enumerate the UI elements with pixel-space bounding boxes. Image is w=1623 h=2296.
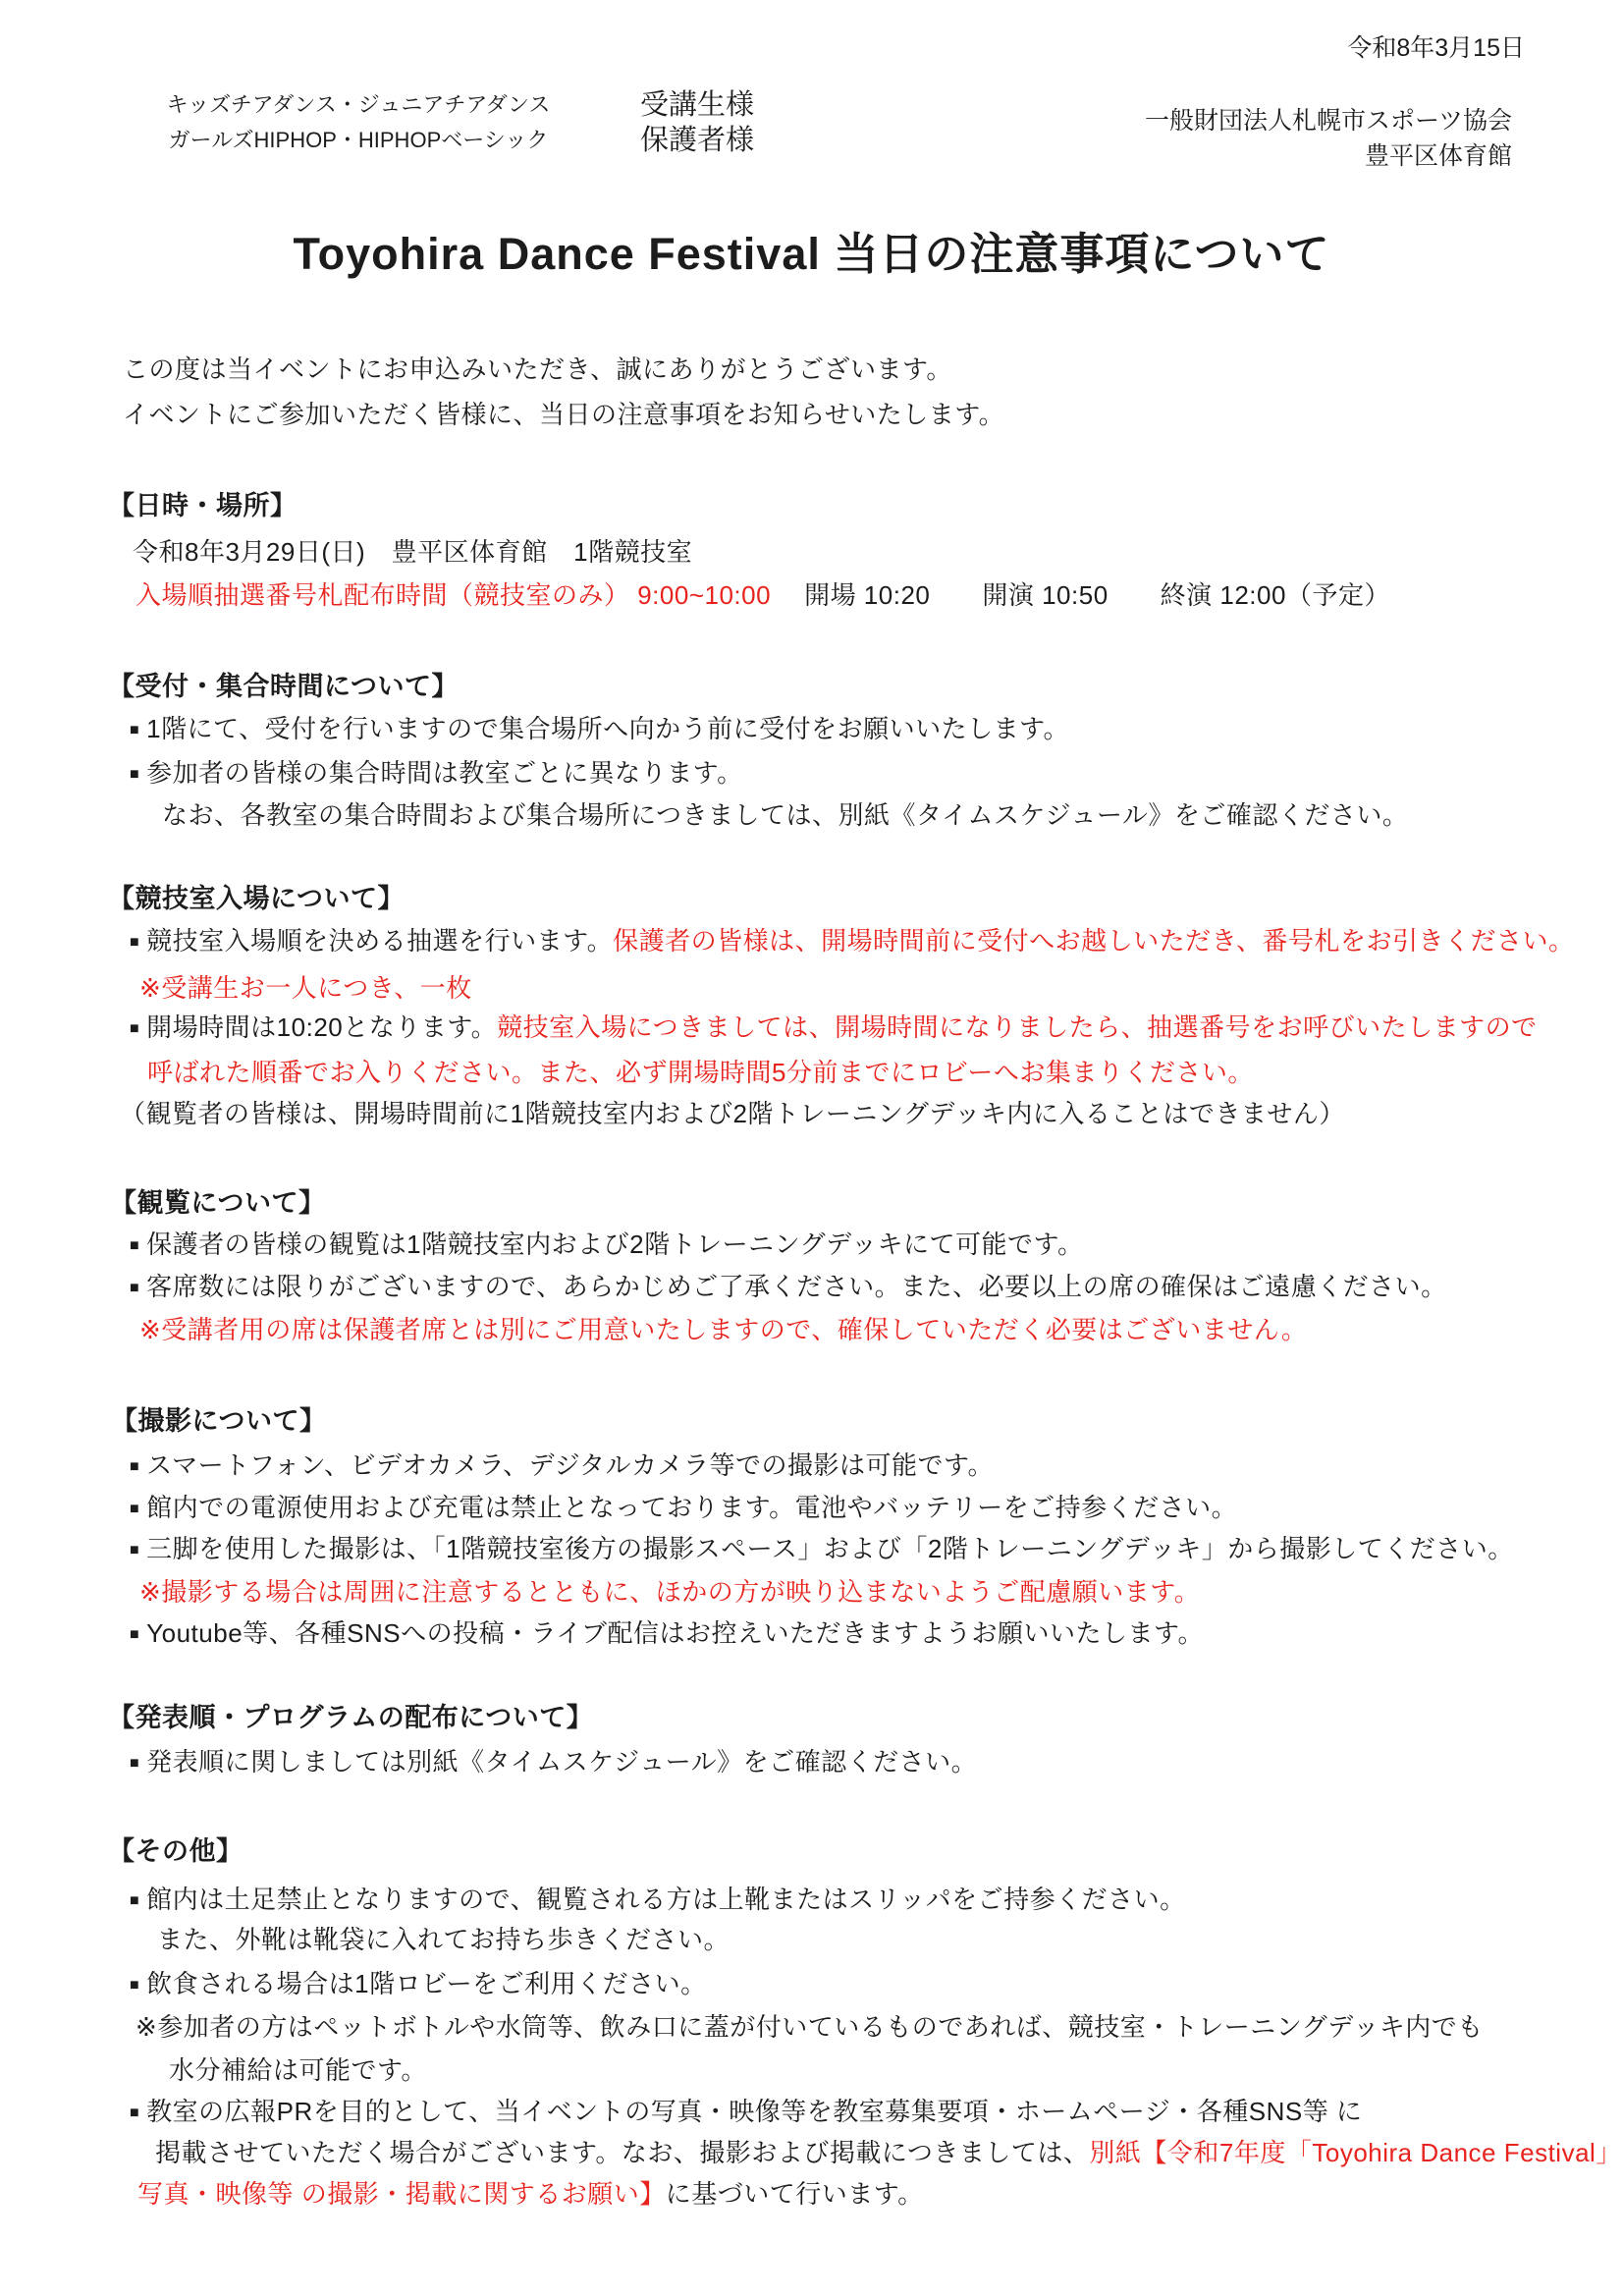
document-page: 令和8年3月15日 キッズチアダンス・ジュニアチアダンス ガールズHIPHOP・… bbox=[0, 0, 1623, 2296]
entry-note-1: ※受講生お一人につき、一枚 bbox=[139, 974, 472, 1004]
bullet-marker: ■ bbox=[130, 1501, 139, 1517]
bullet-marker: ■ bbox=[130, 1020, 139, 1037]
page-title: Toyohira Dance Festival 当日の注意事項について bbox=[0, 218, 1623, 282]
bullet-marker: ■ bbox=[130, 766, 139, 783]
entry-bullet-2-red: 競技室入場につきましては、開場時間になりましたら、抽選番号をお呼びいたしますので bbox=[497, 1012, 1537, 1042]
other-bullet-2-text: 飲食される場合は1階ロビーをご利用ください。 bbox=[146, 1969, 706, 1998]
org-venue: 豊平区体育館 bbox=[1365, 143, 1512, 171]
photo-note-red: ※撮影する場合は周囲に注意するとともに、ほかの方が映り込まないようご配慮願います… bbox=[139, 1578, 1200, 1608]
bullet-marker: ■ bbox=[130, 1458, 139, 1475]
bullet-marker: ■ bbox=[130, 1237, 139, 1254]
reception-bullet-2: ■参加者の皆様の集合時間は教室ごとに異なります。 bbox=[130, 759, 743, 789]
datetime-line: 令和8年3月29日(日) 豊平区体育館 1階競技室 bbox=[133, 538, 692, 568]
intro-line-1: この度は当イベントにお申込みいただき、誠にありがとうございます。 bbox=[123, 355, 952, 385]
ticket-time-black: 開場 10:20 開演 10:50 終演 12:00（予定） bbox=[804, 580, 1390, 610]
viewing-note-red: ※受講者用の席は保護者席とは別にご用意いたしますので、確保していただく必要はござ… bbox=[139, 1316, 1307, 1345]
bullet-marker: ■ bbox=[130, 1626, 139, 1643]
other-bullet-3: ■教室の広報PRを目的として、当イベントの写真・映像等を教室募集要項・ホームペー… bbox=[130, 2098, 1362, 2127]
other-cont-1: また、外靴は靴袋に入れてお持ち歩きください。 bbox=[157, 1926, 730, 1955]
bullet-marker: ■ bbox=[130, 1977, 139, 1994]
doc-date: 令和8年3月15日 bbox=[1347, 35, 1525, 63]
photo-bullet-4-text: Youtube等、各種SNSへの投稿・ライブ配信はお控えいただきますようお願いい… bbox=[146, 1618, 1204, 1648]
section-heading-photo: 【撮影について】 bbox=[111, 1406, 326, 1437]
other-cont-4-black: 掲載させていただく場合がございます。なお、撮影および掲載につきましては、 bbox=[155, 2138, 1089, 2167]
photo-bullet-1: ■スマートフォン、ビデオカメラ、デジタルカメラ等での撮影は可能です。 bbox=[130, 1451, 994, 1481]
org-name: 一般財団法人札幌市スポーツ協会 bbox=[1145, 108, 1512, 136]
entry-cont-red: 呼ばれた順番でお入りください。また、必ず開場時間5分前までにロビーへお集まりくだ… bbox=[147, 1059, 1254, 1088]
viewing-bullet-2: ■客席数には限りがございますので、あらかじめご了承ください。また、必要以上の席の… bbox=[130, 1273, 1447, 1302]
other-cont-5-red: 写真・映像等 の撮影・掲載に関するお願い】 bbox=[137, 2179, 666, 2209]
reception-cont: なお、各教室の集合時間および集合場所につきましては、別紙《タイムスケジュール》を… bbox=[162, 801, 1408, 831]
photo-bullet-2-text: 館内での電源使用および充電は禁止となっております。電池やバッテリーをご持参くださ… bbox=[146, 1493, 1237, 1522]
other-bullet-3-text: 教室の広報PRを目的として、当イベントの写真・映像等を教室募集要項・ホームページ… bbox=[146, 2097, 1362, 2126]
entry-paren-note: （観覧者の皆様は、開場時間前に1階競技室内および2階トレーニングデッキ内に入るこ… bbox=[120, 1100, 1345, 1129]
bullet-marker: ■ bbox=[130, 934, 139, 951]
bullet-marker: ■ bbox=[130, 2105, 139, 2121]
photo-bullet-2: ■館内での電源使用および充電は禁止となっております。電池やバッテリーをご持参くだ… bbox=[130, 1494, 1237, 1523]
reception-bullet-1-text: 1階にて、受付を行いますので集合場所へ向かう前に受付をお願いいたします。 bbox=[146, 714, 1069, 743]
entry-bullet-1: ■競技室入場順を決める抽選を行います。保護者の皆様は、開場時間前に受付へお越しい… bbox=[130, 927, 1575, 957]
order-bullet-1: ■発表順に関しましては別紙《タイムスケジュール》をご確認ください。 bbox=[130, 1748, 977, 1777]
reception-bullet-2-text: 参加者の皆様の集合時間は教室ごとに異なります。 bbox=[146, 758, 742, 788]
viewing-bullet-1-text: 保護者の皆様の観覧は1階競技室内および2階トレーニングデッキにて可能です。 bbox=[146, 1230, 1083, 1259]
section-heading-other: 【その他】 bbox=[108, 1836, 243, 1867]
section-heading-viewing: 【観覧について】 bbox=[110, 1188, 325, 1219]
viewing-bullet-2-text: 客席数には限りがございますので、あらかじめご了承ください。また、必要以上の席の確… bbox=[146, 1272, 1446, 1301]
bullet-marker: ■ bbox=[130, 1755, 139, 1772]
section-heading-datetime: 【日時・場所】 bbox=[108, 491, 298, 521]
section-heading-order: 【発表順・プログラムの配布について】 bbox=[108, 1703, 593, 1733]
section-heading-reception: 【受付・集合時間について】 bbox=[108, 672, 459, 702]
bullet-marker: ■ bbox=[130, 1892, 139, 1909]
section-heading-entry: 【競技室入場について】 bbox=[108, 884, 405, 914]
photo-bullet-1-text: スマートフォン、ビデオカメラ、デジタルカメラ等での撮影は可能です。 bbox=[146, 1450, 994, 1480]
bullet-marker: ■ bbox=[130, 722, 139, 738]
bullet-marker: ■ bbox=[130, 1280, 139, 1296]
recipient-students: 受講生様 bbox=[640, 82, 754, 123]
entry-bullet-1-red: 保護者の皆様は、開場時間前に受付へお越しいただき、番号札をお引きください。 bbox=[613, 926, 1574, 956]
other-cont-3: 水分補給は可能です。 bbox=[169, 2056, 427, 2086]
ticket-time-line: 入場順抽選番号札配布時間（競技室のみ） 9:00~10:00開場 10:20 開… bbox=[135, 581, 1390, 611]
other-bullet-1-text: 館内は土足禁止となりますので、観覧される方は上靴またはスリッパをご持参ください。 bbox=[146, 1885, 1185, 1914]
entry-bullet-1-black: 競技室入場順を決める抽選を行います。 bbox=[146, 926, 613, 956]
viewing-bullet-1: ■保護者の皆様の観覧は1階競技室内および2階トレーニングデッキにて可能です。 bbox=[130, 1230, 1083, 1260]
other-bullet-1: ■館内は土足禁止となりますので、観覧される方は上靴またはスリッパをご持参ください… bbox=[130, 1886, 1186, 1915]
other-cont-2: ※参加者の方はペットボトルや水筒等、飲み口に蓋が付いているものであれば、競技室・… bbox=[135, 2013, 1484, 2043]
order-bullet-1-text: 発表順に関しましては別紙《タイムスケジュール》をご確認ください。 bbox=[146, 1747, 977, 1777]
other-cont-4-red: 別紙【令和7年度「Toyohira Dance Festival」の bbox=[1089, 2138, 1623, 2167]
photo-bullet-3-text: 三脚を使用した撮影は、「1階競技室後方の撮影スペース」および「2階トレーニングデ… bbox=[146, 1534, 1514, 1563]
ticket-time-red: 入場順抽選番号札配布時間（競技室のみ） 9:00~10:00 bbox=[135, 580, 771, 610]
photo-bullet-3: ■三脚を使用した撮影は、「1階競技室後方の撮影スペース」および「2階トレーニング… bbox=[130, 1535, 1514, 1564]
other-cont-4: 掲載させていただく場合がございます。なお、撮影および掲載につきましては、別紙【令… bbox=[155, 2139, 1623, 2168]
entry-bullet-2: ■開場時間は10:20となります。競技室入場につきましては、開場時間になりました… bbox=[130, 1013, 1538, 1043]
class-names-line-2: ガールズHIPHOP・HIPHOPベーシック bbox=[147, 124, 569, 154]
recipient-guardians: 保護者様 bbox=[640, 118, 754, 158]
class-names-line-1: キッズチアダンス・ジュニアチアダンス bbox=[147, 88, 569, 119]
reception-bullet-1: ■1階にて、受付を行いますので集合場所へ向かう前に受付をお願いいたします。 bbox=[130, 715, 1069, 744]
other-bullet-2: ■飲食される場合は1階ロビーをご利用ください。 bbox=[130, 1970, 707, 1999]
other-cont-5-black: に基づいて行います。 bbox=[666, 2179, 924, 2209]
photo-bullet-4: ■Youtube等、各種SNSへの投稿・ライブ配信はお控えいただきますようお願い… bbox=[130, 1619, 1204, 1649]
bullet-marker: ■ bbox=[130, 1542, 139, 1558]
intro-line-2: イベントにご参加いただく皆様に、当日の注意事項をお知らせいたします。 bbox=[123, 401, 1004, 430]
entry-bullet-2-black: 開場時間は10:20となります。 bbox=[146, 1012, 497, 1042]
other-cont-5: 写真・映像等 の撮影・掲載に関するお願い】に基づいて行います。 bbox=[137, 2180, 924, 2210]
